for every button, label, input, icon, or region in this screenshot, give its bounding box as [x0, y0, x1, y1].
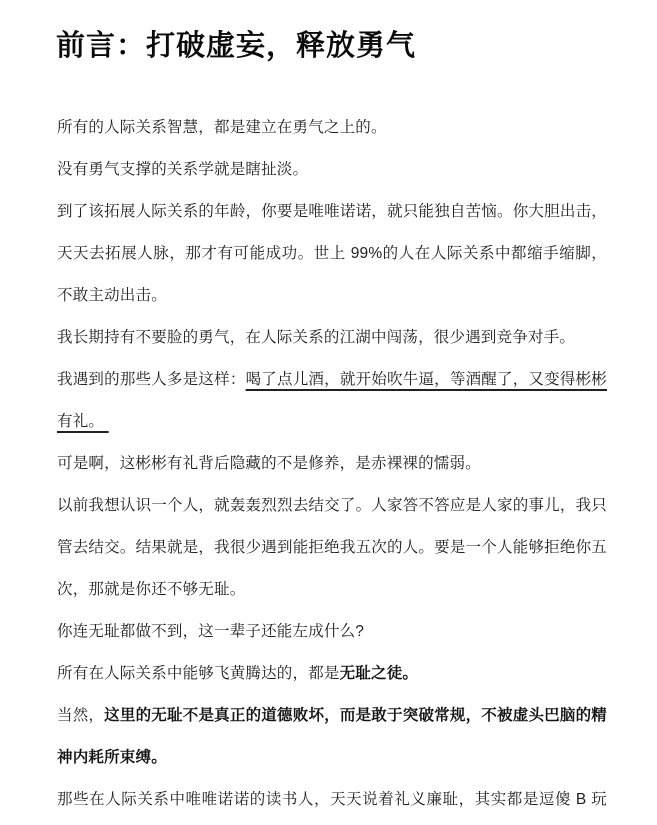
text-segment: 你连无耻都做不到，这一辈子还能左成什么?	[57, 623, 364, 640]
text-segment: 天天去拓展人脉，那才有可能成功。世上 99%的人在人际关系中都缩手缩脚，	[57, 245, 607, 262]
text-segment: 可是啊，这彬彬有礼背后隐藏的不是修养，是赤裸裸的懦弱。	[57, 455, 481, 472]
text-line: 天天去拓展人脉，那才有可能成功。世上 99%的人在人际关系中都缩手缩脚，	[57, 233, 607, 275]
text-line: 不敢主动出击。	[57, 275, 607, 317]
bold-segment: 无耻之徒。	[340, 665, 419, 682]
text-line: 有礼。	[57, 401, 607, 443]
text-segment: 到了该拓展人际关系的年龄，你要是唯唯诺诺，就只能独自苦恼。你大胆出击，	[57, 203, 607, 220]
underlined-segment: 喝了点儿酒，就开始吹牛逼，等酒醒了，又变得彬彬	[246, 371, 607, 388]
text-line: 以前我想认识一个人，就轰轰烈烈去结交了。人家答不答应是人家的事儿，我只	[57, 485, 607, 527]
text-line: 管去结交。结果就是，我很少遇到能拒绝我五次的人。要是一个人能够拒绝你五	[57, 527, 607, 569]
text-line: 次，那就是你还不够无耻。	[57, 569, 607, 611]
text-line: 可是啊，这彬彬有礼背后隐藏的不是修养，是赤裸裸的懦弱。	[57, 443, 607, 485]
text-segment: 以前我想认识一个人，就轰轰烈烈去结交了。人家答不答应是人家的事儿，我只	[57, 497, 607, 514]
text-segment: 我长期持有不要脸的勇气，在人际关系的江湖中闯荡，很少遇到竞争对手。	[57, 329, 575, 346]
text-line: 所有在人际关系中能够飞黄腾达的，都是无耻之徒。	[57, 653, 607, 695]
underlined-segment: 有礼。	[57, 413, 109, 430]
body-text: 所有的人际关系智慧，都是建立在勇气之上的。 没有勇气支撑的关系学就是瞎扯淡。 到…	[57, 107, 607, 821]
text-line: 你连无耻都做不到，这一辈子还能左成什么?	[57, 611, 607, 653]
bold-segment: 这里的无耻不是真正的道德败坏，而是敢于突破常规，不被虚头巴脑的精	[104, 707, 607, 724]
text-line: 神内耗所束缚。	[57, 737, 607, 779]
text-segment: 不敢主动出击。	[57, 287, 167, 304]
text-segment: 当然，	[57, 707, 104, 724]
text-line: 所有的人际关系智慧，都是建立在勇气之上的。	[57, 107, 607, 149]
text-segment: 管去结交。结果就是，我很少遇到能拒绝我五次的人。要是一个人能够拒绝你五	[57, 539, 607, 556]
chapter-title: 前言：打破虚妄，释放勇气	[56, 28, 416, 64]
text-segment: 我遇到的那些人多是这样：	[57, 371, 246, 388]
bold-segment: 神内耗所束缚。	[57, 749, 167, 766]
text-segment: 所有的人际关系智慧，都是建立在勇气之上的。	[57, 119, 387, 136]
text-segment: 没有勇气支撑的关系学就是瞎扯淡。	[57, 161, 308, 178]
text-line: 我长期持有不要脸的勇气，在人际关系的江湖中闯荡，很少遇到竞争对手。	[57, 317, 607, 359]
text-segment: 次，那就是你还不够无耻。	[57, 581, 245, 598]
document-page: 前言：打破虚妄，释放勇气 所有的人际关系智慧，都是建立在勇气之上的。 没有勇气支…	[0, 0, 657, 825]
text-segment: 所有在人际关系中能够飞黄腾达的，都是	[57, 665, 340, 682]
text-line: 那些在人际关系中唯唯诺诺的读书人，天天说着礼义廉耻，其实都是逗傻 B 玩	[57, 779, 607, 821]
text-line: 到了该拓展人际关系的年龄，你要是唯唯诺诺，就只能独自苦恼。你大胆出击，	[57, 191, 607, 233]
text-line: 当然，这里的无耻不是真正的道德败坏，而是敢于突破常规，不被虚头巴脑的精	[57, 695, 607, 737]
text-line: 没有勇气支撑的关系学就是瞎扯淡。	[57, 149, 607, 191]
text-segment: 那些在人际关系中唯唯诺诺的读书人，天天说着礼义廉耻，其实都是逗傻 B 玩	[57, 791, 607, 808]
text-line: 我遇到的那些人多是这样：喝了点儿酒，就开始吹牛逼，等酒醒了，又变得彬彬	[57, 359, 607, 401]
